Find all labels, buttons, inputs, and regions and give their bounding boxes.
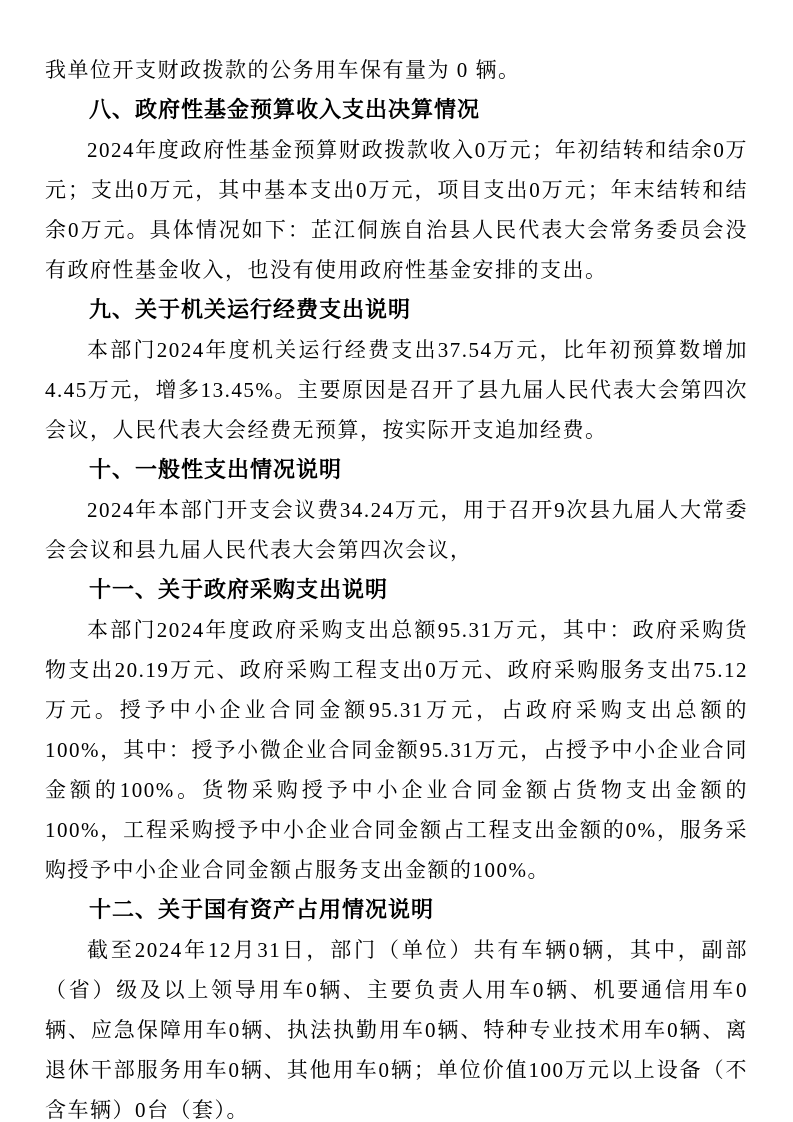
section-paragraph-9-operating-expense: 本部门2024年度机关运行经费支出37.54万元，比年初预算数增加4.45万元，… (45, 330, 748, 450)
section-heading-8-gov-fund-budget: 八、政府性基金预算收入支出决算情况 (45, 90, 748, 130)
section-heading-10-general-expense: 十、一般性支出情况说明 (45, 450, 748, 490)
section-heading-12-state-assets: 十二、关于国有资产占用情况说明 (45, 890, 748, 930)
section-heading-11-gov-procurement: 十一、关于政府采购支出说明 (45, 570, 748, 610)
section-paragraph-11-gov-procurement: 本部门2024年度政府采购支出总额95.31万元，其中：政府采购货物支出20.1… (45, 610, 748, 890)
section-paragraph-10-general-expense: 2024年本部门开支会议费34.24万元，用于召开9次县九届人大常委会会议和县九… (45, 490, 748, 570)
section-paragraph-8-gov-fund-budget: 2024年度政府性基金预算财政拨款收入0万元；年初结转和结余0万元；支出0万元，… (45, 130, 748, 290)
document-content: 我单位开支财政拨款的公务用车保有量为 0 辆。 八、政府性基金预算收入支出决算情… (45, 50, 748, 1122)
section-paragraph-12-state-assets: 截至2024年12月31日，部门（单位）共有车辆0辆，其中，副部（省）级及以上领… (45, 930, 748, 1122)
section-heading-9-operating-expense: 九、关于机关运行经费支出说明 (45, 290, 748, 330)
document-page: 我单位开支财政拨款的公务用车保有量为 0 辆。 八、政府性基金预算收入支出决算情… (0, 0, 793, 1122)
paragraph-vehicle-holding-continuation: 我单位开支财政拨款的公务用车保有量为 0 辆。 (45, 50, 748, 90)
